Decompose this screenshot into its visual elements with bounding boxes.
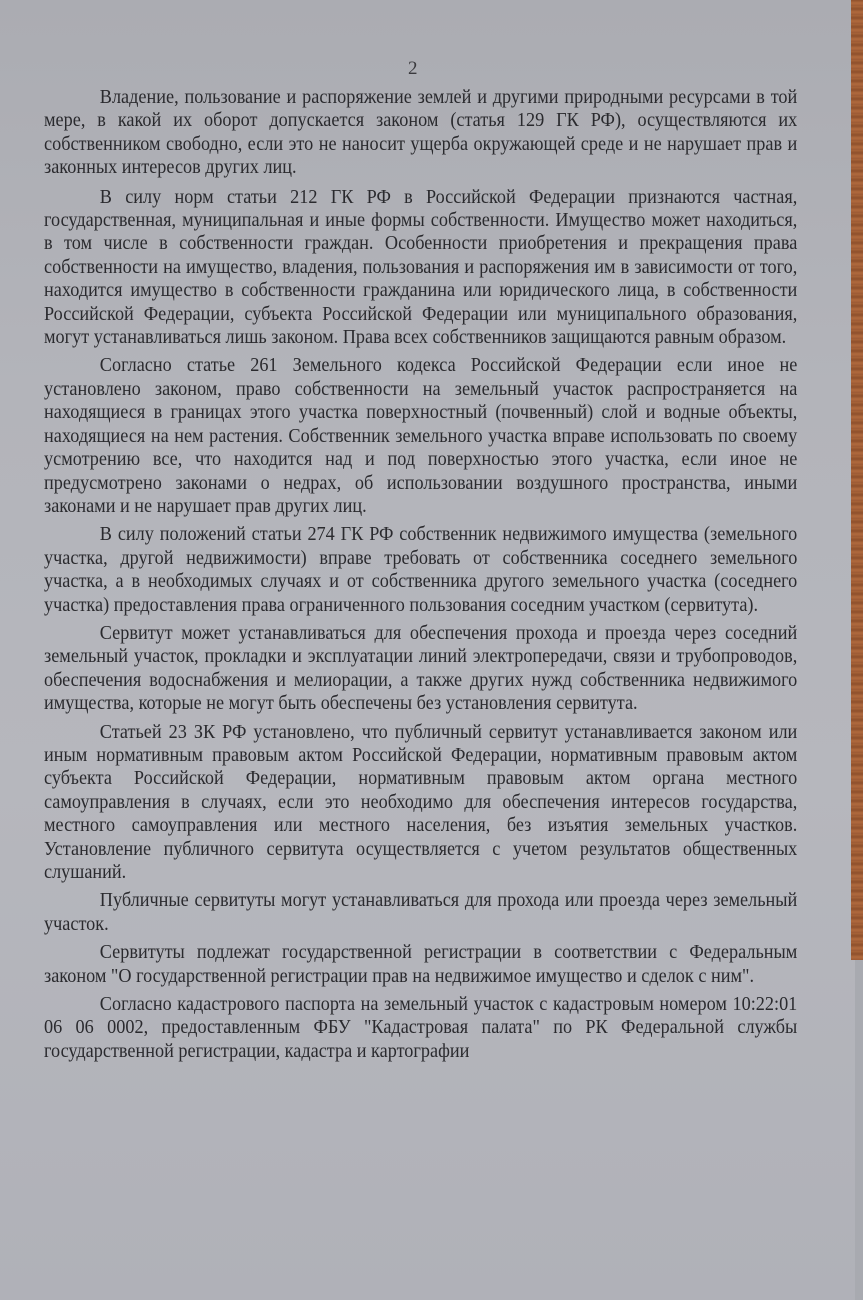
paragraph-article-212: В силу норм статьи 212 ГК РФ в Российско… (44, 186, 797, 350)
paragraph-article-261: Согласно статье 261 Земельного кодекса Р… (44, 354, 797, 518)
paragraph-article-23: Статьей 23 ЗК РФ установлено, что публич… (44, 721, 797, 885)
paragraph-land-use: Владение, пользование и распоряжение зем… (44, 86, 797, 180)
paragraph-cadastral-passport: Согласно кадастрового паспорта на земель… (44, 993, 797, 1063)
paragraph-registration: Сервитуты подлежат государственной регис… (44, 941, 797, 988)
paragraph-article-274: В силу положений статьи 274 ГК РФ собств… (44, 523, 797, 617)
paragraph-servitude-purpose: Сервитут может устанавливаться для обесп… (44, 622, 797, 716)
document-body: Владение, пользование и распоряжение зем… (44, 86, 797, 1068)
paragraph-public-servitudes: Публичные сервитуты могут устанавливатьс… (44, 889, 797, 936)
page-number: 2 (408, 58, 418, 80)
document-page: 2 Владение, пользование и распоряжение з… (0, 0, 855, 1300)
wooden-table-edge (851, 0, 863, 960)
